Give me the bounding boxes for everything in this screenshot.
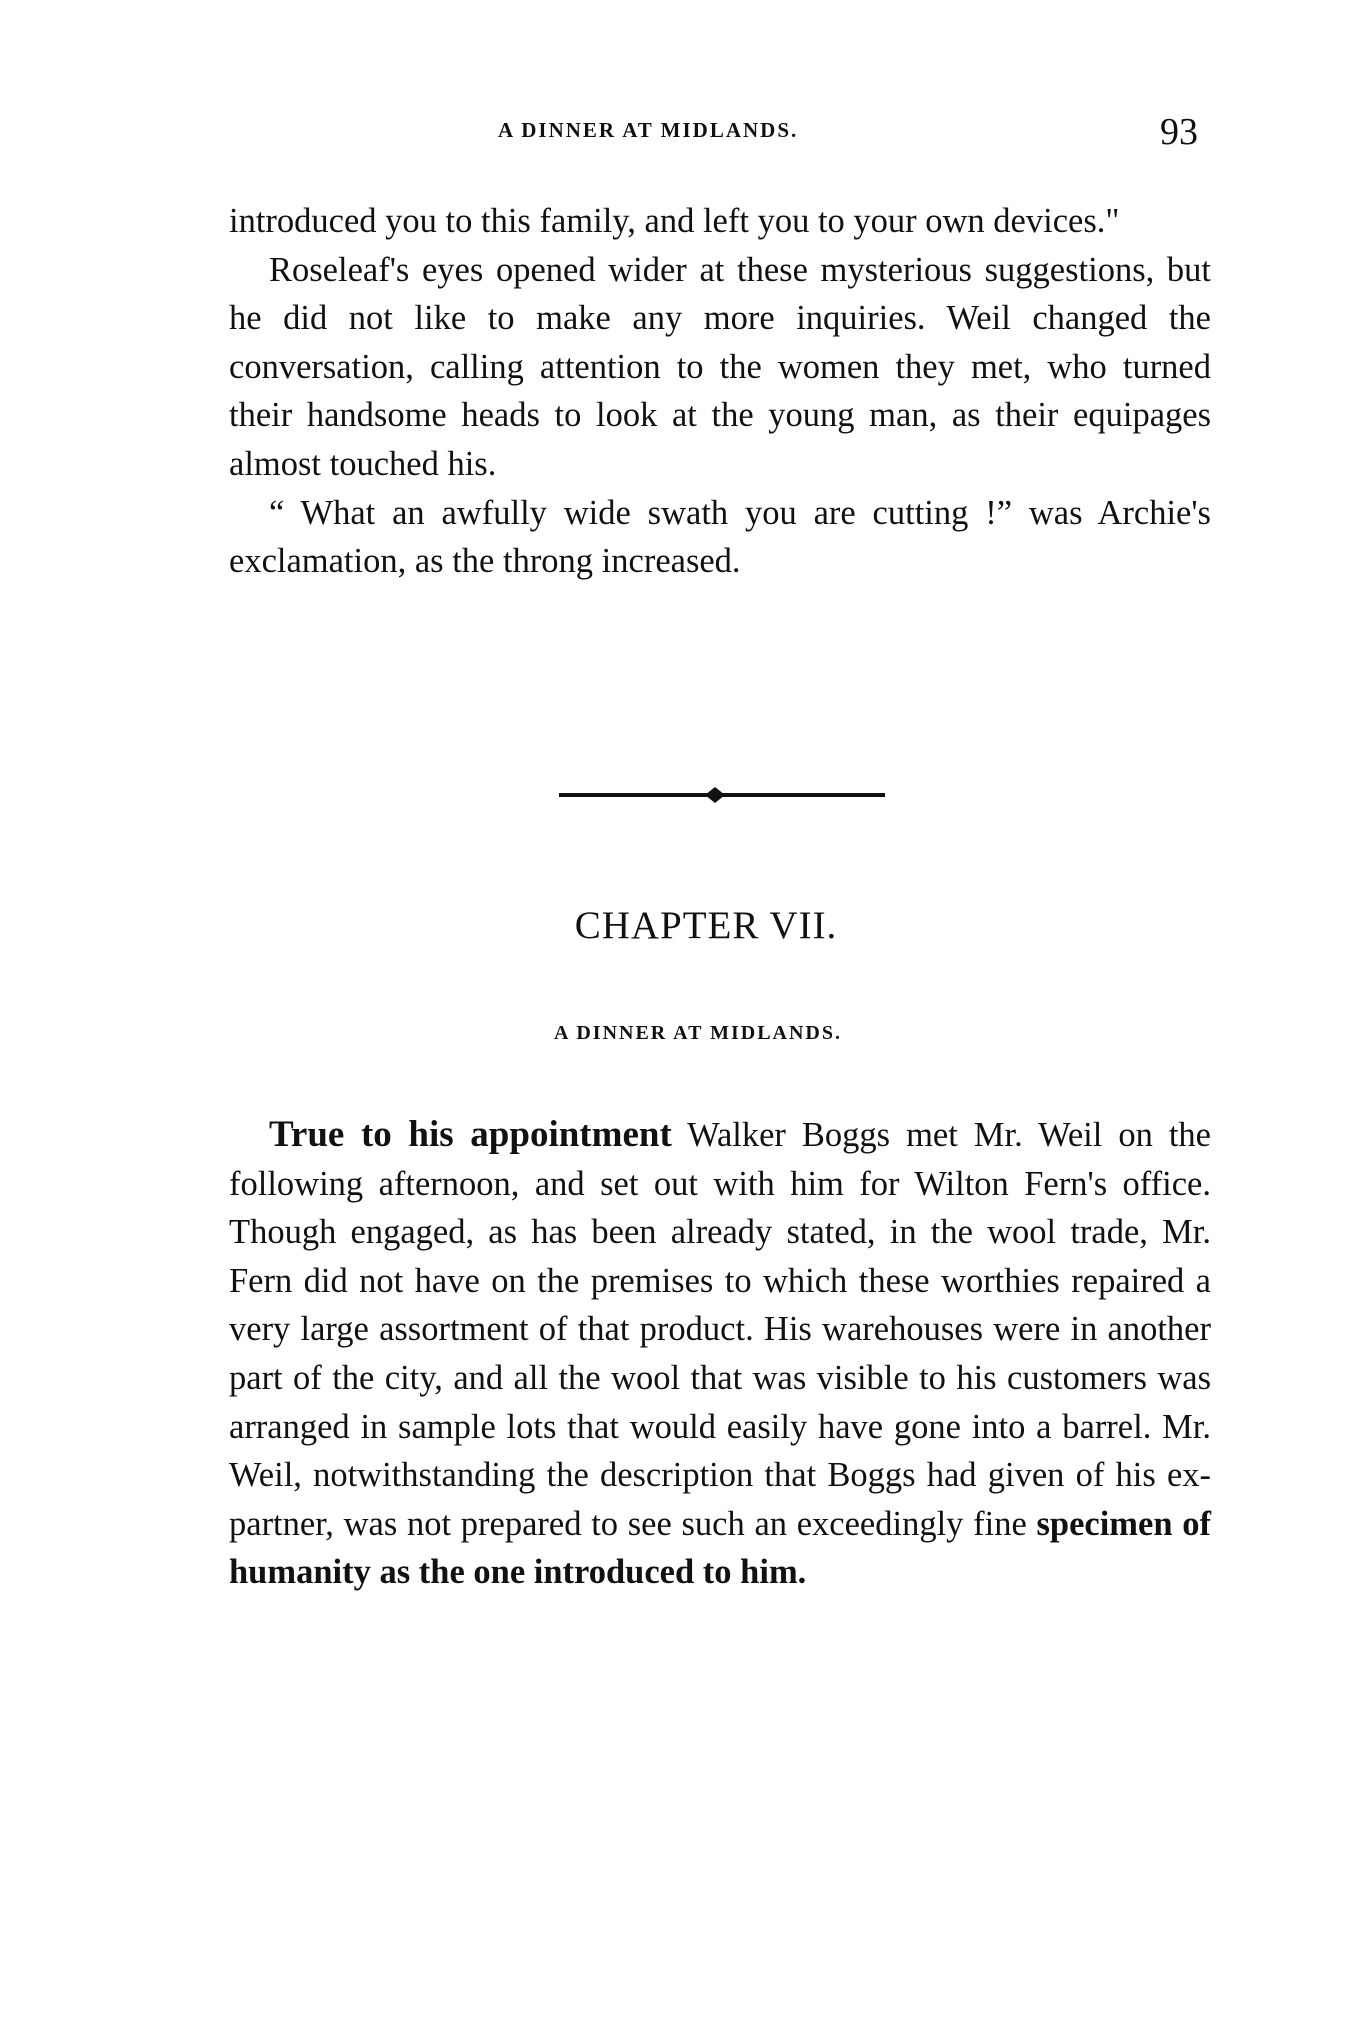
continued-text: introduced you to this family, and left … (229, 197, 1211, 586)
page-number: 93 (1160, 110, 1198, 154)
chapter-subtitle: A DINNER AT MIDLANDS. (0, 1022, 1356, 1045)
paragraph: True to his appointment Walker Boggs met… (229, 1111, 1211, 1597)
paragraph: “ What an awfully wide swath you are cut… (229, 489, 1211, 586)
lead-in: True to his appointment (269, 1114, 672, 1155)
section-divider-icon (559, 786, 885, 804)
paragraph-body: Walker Boggs met Mr. Weil on the followi… (229, 1116, 1211, 1543)
chapter-title: CHAPTER VII. (0, 903, 1356, 948)
paragraph: Roseleaf's eyes opened wider at these my… (229, 246, 1211, 489)
running-head-title: A DINNER AT MIDLANDS. (498, 118, 798, 143)
running-head: A DINNER AT MIDLANDS. 93 (0, 110, 1356, 150)
paragraph: introduced you to this family, and left … (229, 197, 1211, 246)
chapter-text: True to his appointment Walker Boggs met… (229, 1111, 1211, 1597)
